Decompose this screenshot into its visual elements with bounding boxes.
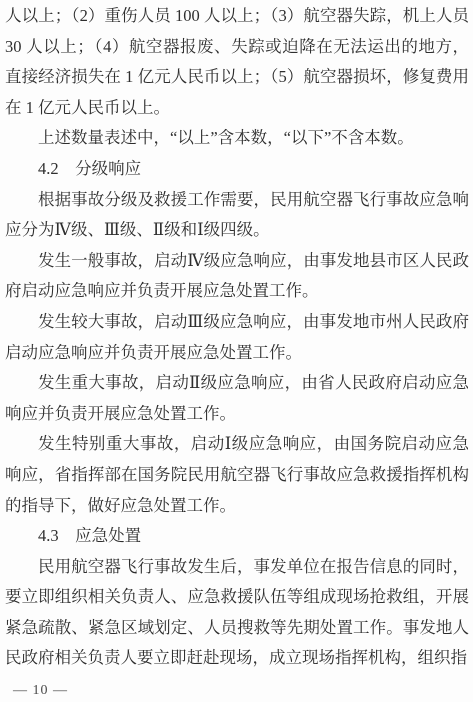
paragraph-number-convention: 上述数量表述中，“以上”含本数，“以下”不含本数。 xyxy=(5,123,469,154)
document-page: 人以上；（2）重伤人员 100 人以上；（3）航空器失踪，机上人员 30 人以上… xyxy=(0,0,473,702)
paragraph-accident-criteria: 人以上；（2）重伤人员 100 人以上；（3）航空器失踪，机上人员 30 人以上… xyxy=(5,1,469,123)
section-heading-4-3: 4.3 应急处置 xyxy=(5,521,469,552)
document-body: 人以上；（2）重伤人员 100 人以上；（3）航空器失踪，机上人员 30 人以上… xyxy=(0,0,473,674)
paragraph-response-levels: 根据事故分级及救援工作需要，民用航空器飞行事故应急响应分为Ⅳ级、Ⅲ级、Ⅱ级和Ⅰ级… xyxy=(5,185,469,246)
paragraph-level-3-response: 发生较大事故，启动Ⅲ级应急响应，由事发地市州人民政府启动应急响应并负责开展应急处… xyxy=(5,307,469,368)
paragraph-emergency-handling: 民用航空器飞行事故发生后，事发单位在报告信息的同时，要立即组织相关负责人、应急救… xyxy=(5,552,469,674)
page-number: — 10 — xyxy=(13,684,68,698)
paragraph-level-2-response: 发生重大事故，启动Ⅱ级应急响应，由省人民政府启动应急响应并负责开展应急处置工作。 xyxy=(5,368,469,429)
paragraph-level-4-response: 发生一般事故，启动Ⅳ级应急响应，由事发地县市区人民政府启动应急响应并负责开展应急… xyxy=(5,246,469,307)
paragraph-level-1-response: 发生特别重大事故，启动Ⅰ级应急响应，由国务院启动应急响应，省指挥部在国务院民用航… xyxy=(5,429,469,521)
section-heading-4-2: 4.2 分级响应 xyxy=(5,154,469,185)
